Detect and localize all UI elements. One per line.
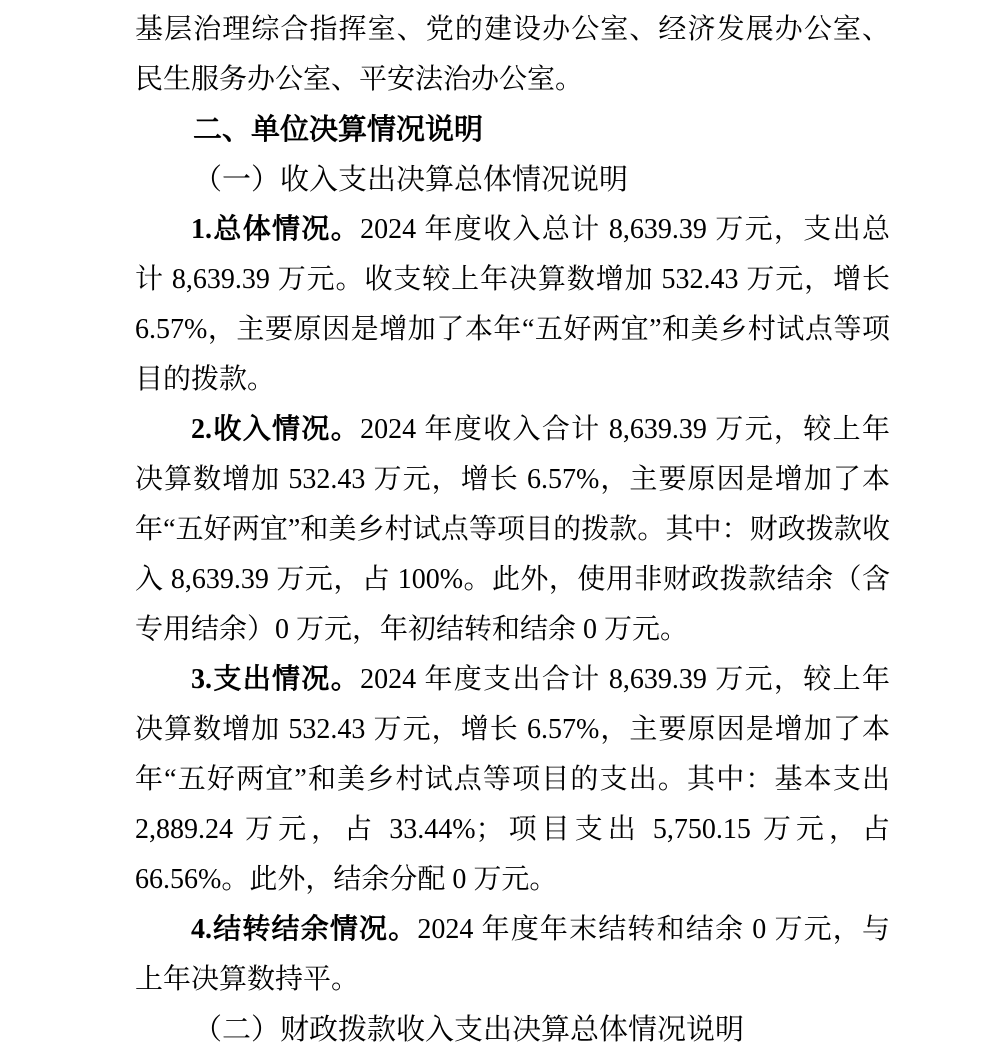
paragraph-income-situation: 2.收入情况。2024 年度收入合计 8,639.39 万元，较上年决算数增加 … bbox=[135, 405, 890, 655]
paragraph-expenditure-situation: 3.支出情况。2024 年度支出合计 8,639.39 万元，较上年决算数增加 … bbox=[135, 655, 890, 905]
paragraph-office-list-continuation: 基层治理综合指挥室、党的建设办公室、经济发展办公室、民生服务办公室、平安法治办公… bbox=[135, 5, 890, 105]
paragraph-income-situation-body: 2024 年度收入合计 8,639.39 万元，较上年决算数增加 532.43 … bbox=[135, 414, 890, 645]
paragraph-expenditure-situation-body: 2024 年度支出合计 8,639.39 万元，较上年决算数增加 532.43 … bbox=[135, 664, 890, 895]
paragraph-overall-situation-lead: 1.总体情况。 bbox=[191, 214, 360, 245]
document-page: 基层治理综合指挥室、党的建设办公室、经济发展办公室、民生服务办公室、平安法治办公… bbox=[0, 0, 1000, 1056]
paragraph-income-situation-lead: 2.收入情况。 bbox=[191, 414, 360, 445]
subsection-heading-income-expenditure-overview: （一）收入支出决算总体情况说明 bbox=[135, 155, 890, 205]
paragraph-overall-situation: 1.总体情况。2024 年度收入总计 8,639.39 万元，支出总计 8,63… bbox=[135, 205, 890, 405]
paragraph-carryover-situation-lead: 4.结转结余情况。 bbox=[191, 914, 417, 945]
paragraph-expenditure-situation-lead: 3.支出情况。 bbox=[191, 664, 360, 695]
subsection-heading-fiscal-appropriation-overview: （二）财政拨款收入支出决算总体情况说明 bbox=[135, 1005, 890, 1055]
paragraph-carryover-situation: 4.结转结余情况。2024 年度年末结转和结余 0 万元，与上年决算数持平。 bbox=[135, 905, 890, 1005]
section-heading-unit-final-accounts: 二、单位决算情况说明 bbox=[135, 105, 890, 155]
